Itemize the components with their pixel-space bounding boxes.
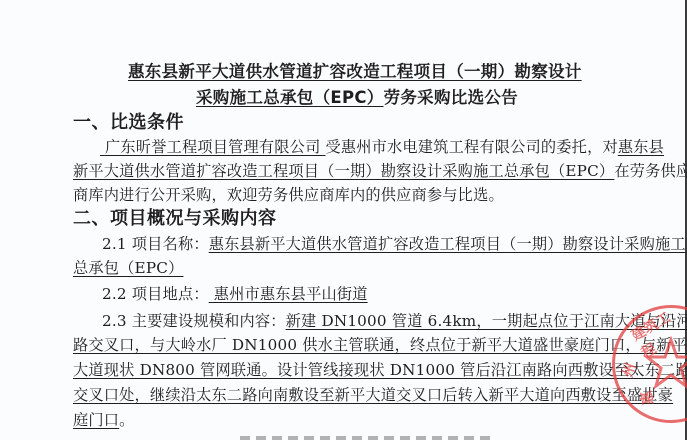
project-name-ref-cont: 新平大道供水管道扩容改造工程项目（一期）勘察设计采购施工总承包（EPC） [73, 162, 614, 180]
title-project-suffix: 采购施工总承包（EPC） [196, 88, 384, 107]
doc-title-line1: 惠东县新平大道供水管道扩容改造工程项目（一期）勘察设计 [128, 62, 582, 82]
item-2-3-line3: 大道现状 DN800 管网联通。设计管线接现状 DN1000 管后沿江南路向西敷… [73, 360, 687, 380]
item-label: 2.3 主要建设规模和内容： [102, 312, 286, 330]
section1-para-line1: 广东昕誉工程项目管理有限公司 受惠州市水电建筑工程有限公司的委托，对惠东县 [73, 137, 664, 157]
project-location-value: 惠州市惠东县平山街道 [209, 285, 368, 303]
para-text: 受惠州市水电建筑工程有限公司的委托，对 [325, 138, 617, 156]
project-name-value-cont: 总承包（EPC） [73, 259, 183, 277]
item-2-3-line2: 路交叉口，与大岭水厂 DN1000 供水主管联通，终点位于新平大道盛世豪庭门口，… [73, 335, 687, 355]
section-heading-1: 一、比选条件 [73, 113, 184, 133]
item-2-1-line2: 总承包（EPC） [73, 258, 183, 278]
agency-company-name: 广东昕誉工程项目管理有限公司 [100, 138, 325, 156]
para-text: 在劳务供应 [614, 162, 687, 180]
project-name-ref: 惠东县 [618, 138, 664, 156]
item-2-3-line1: 2.3 主要建设规模和内容：新建 DN1000 管道 6.4km，一期起点位于江… [102, 311, 687, 331]
scope-value: 新建 DN1000 管道 6.4km，一期起点位于江南大道与沿河二 [286, 312, 687, 330]
scope-value: 路交叉口，与大岭水厂 DN1000 供水主管联通，终点位于新平大道盛世豪庭门口，… [73, 336, 687, 354]
section1-para-line3: 商库内进行公开采购，欢迎劳务供应商库内的供应商参与比选。 [73, 185, 504, 205]
title-rest: 劳务采购比选公告 [384, 88, 518, 107]
scope-value: 交叉口处，继续沿太东二路向南敷设至新平大道交叉口后转入新平大道向西敷设至盛世豪 [73, 386, 673, 404]
item-2-3-line4: 交叉口处，继续沿太东二路向南敷设至新平大道交叉口后转入新平大道向西敷设至盛世豪 [73, 385, 673, 405]
section1-para-line2: 新平大道供水管道扩容改造工程项目（一期）勘察设计采购施工总承包（EPC）在劳务供… [73, 161, 687, 181]
scope-value: 庭门口 [73, 411, 119, 429]
item-2-2: 2.2 项目地点： 惠州市惠东县平山街道 [102, 284, 368, 304]
scope-value: 大道现状 DN800 管网联通。设计管线接现状 DN1000 管后沿江南路向西敷… [73, 361, 687, 379]
end-punct: 。 [119, 411, 134, 429]
title-project-name: 惠东县新平大道供水管道扩容改造工程项目（一期）勘察设计 [128, 62, 582, 81]
item-label: 2.2 项目地点： [102, 285, 209, 303]
item-label: 2.1 项目名称： [102, 235, 209, 253]
cutoff-text-line [240, 436, 490, 440]
section-heading-2: 二、项目概况与采购内容 [73, 209, 277, 229]
item-2-1-line1: 2.1 项目名称：惠东县新平大道供水管道扩容改造工程项目（一期）勘察设计采购施工 [102, 234, 686, 254]
project-name-value: 惠东县新平大道供水管道扩容改造工程项目（一期）勘察设计采购施工 [209, 235, 686, 253]
item-2-3-line5: 庭门口。 [73, 410, 135, 430]
doc-title-line2: 采购施工总承包（EPC）劳务采购比选公告 [196, 88, 518, 108]
